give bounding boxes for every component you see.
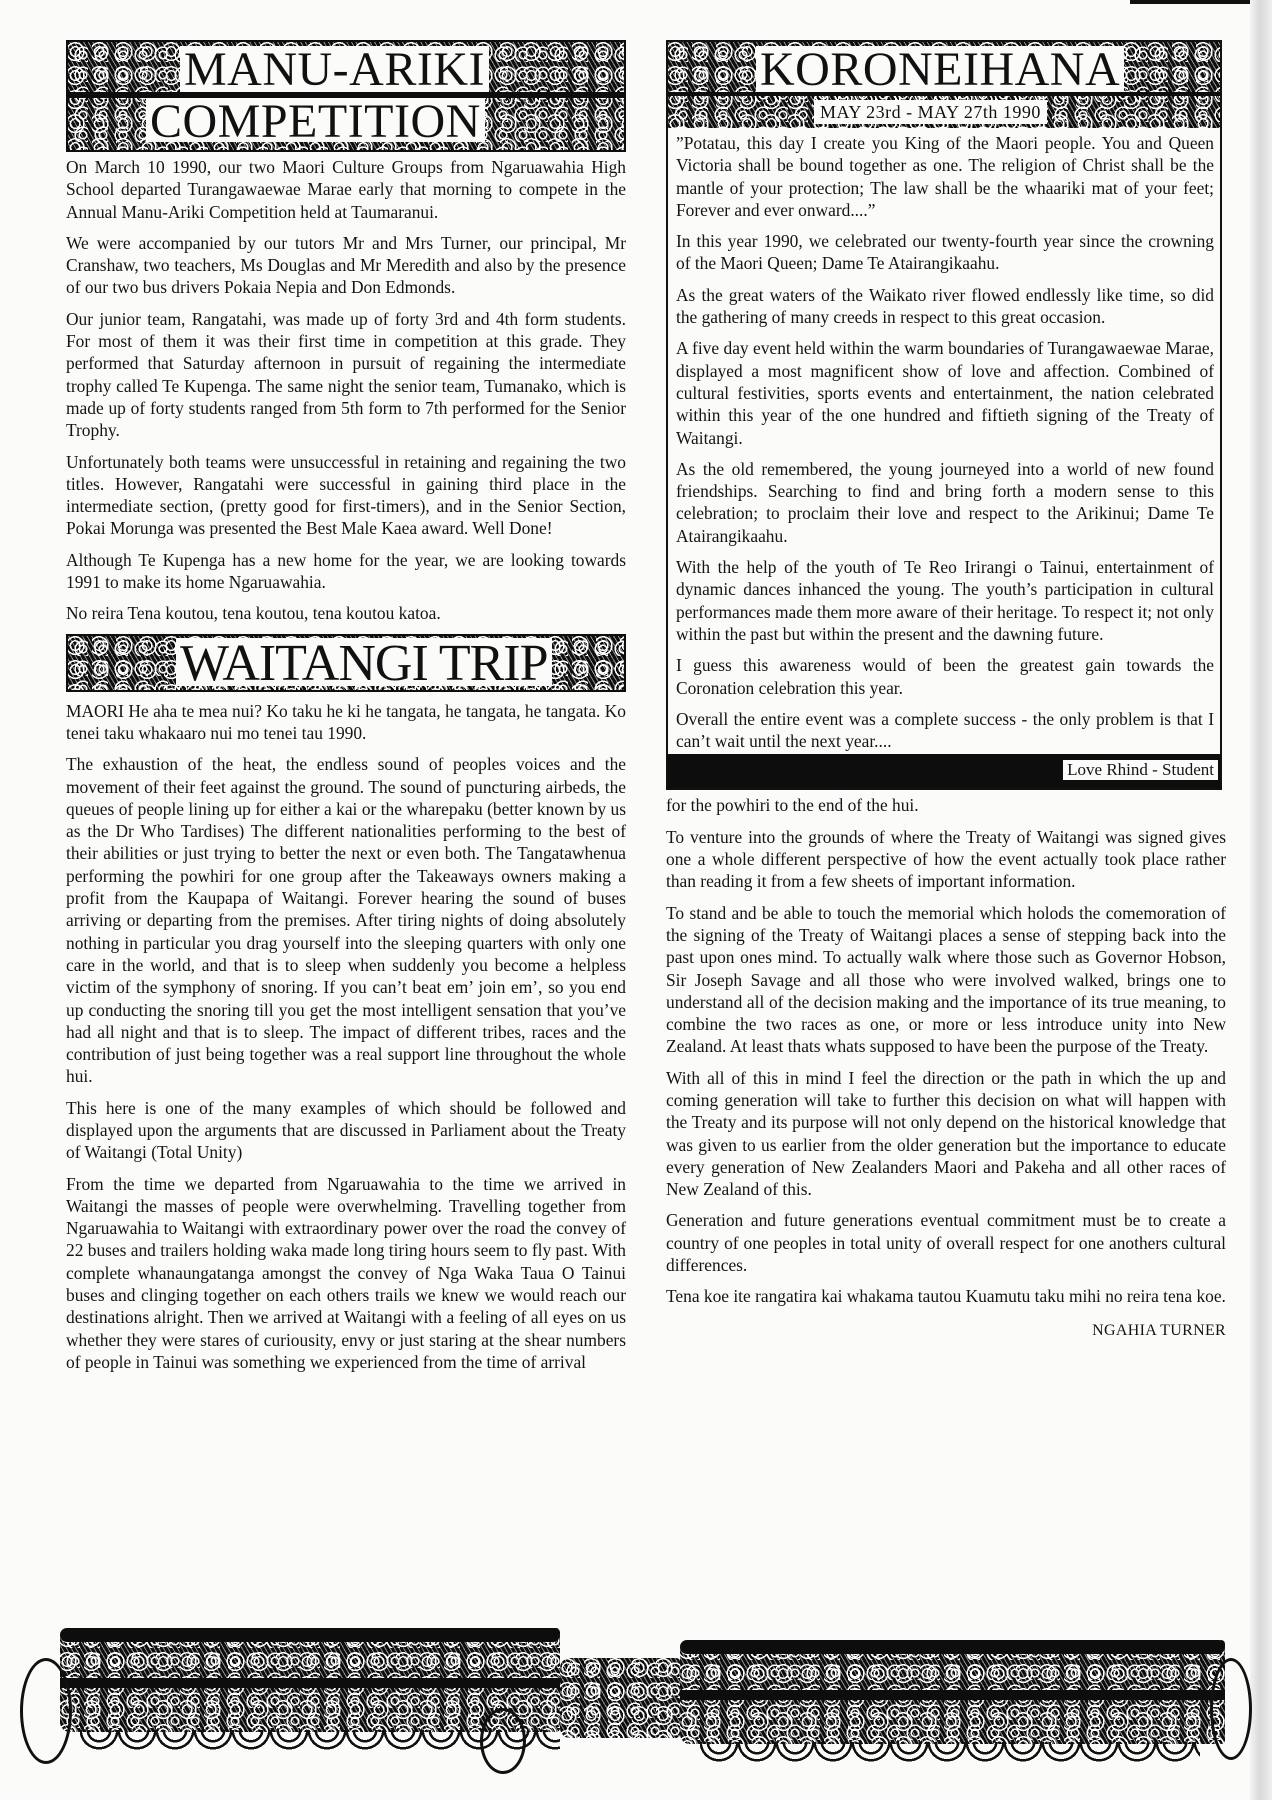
ornament-fringe xyxy=(700,1742,1200,1782)
paragraph: On March 10 1990, our two Maori Culture … xyxy=(66,156,626,223)
manu-ariki-title-line1: MANU-ARIKI xyxy=(180,46,489,92)
ornament-rail xyxy=(680,1640,1225,1654)
koroneihana-banner: KORONEIHANA MAY 23rd - MAY 27th 1990 xyxy=(668,42,1220,128)
paragraph: Generation and future generations eventu… xyxy=(666,1209,1226,1276)
ornament-curl-mid xyxy=(480,1708,526,1774)
paragraph: for the powhiri to the end of the hui. xyxy=(666,794,1226,816)
koroneihana-dates: MAY 23rd - MAY 27th 1990 xyxy=(814,100,1047,124)
paragraph: ”Potatau, this day I create you King of … xyxy=(676,132,1214,221)
paragraph: Our junior team, Rangatahi, was made up … xyxy=(66,308,626,442)
top-rule xyxy=(1130,0,1250,4)
waitangi-trip-title: WAITANGI TRIP xyxy=(176,638,552,686)
paragraph: As the old remembered, the young journey… xyxy=(676,458,1214,547)
paragraph: With all of this in mind I feel the dire… xyxy=(666,1067,1226,1201)
paragraph: I guess this awareness would of been the… xyxy=(676,654,1214,699)
ornament-rail xyxy=(60,1678,560,1688)
paragraph: This here is one of the many examples of… xyxy=(66,1097,626,1164)
paragraph: To stand and be able to touch the memori… xyxy=(666,902,1226,1058)
author-credit: Love Rhind - Student xyxy=(1063,760,1218,780)
koroneihana-footer-ornament: Love Rhind - Student xyxy=(668,754,1220,788)
bottom-ornament-border xyxy=(20,1618,1250,1778)
paragraph: MAORI He aha te mea nui? Ko taku he ki h… xyxy=(66,700,626,745)
ornament-rail xyxy=(60,1628,560,1642)
koroneihana-box: KORONEIHANA MAY 23rd - MAY 27th 1990 ”Po… xyxy=(666,40,1222,790)
ornament-curl-left xyxy=(20,1658,72,1764)
paragraph: From the time we departed from Ngaruawah… xyxy=(66,1173,626,1374)
ornament-band-center xyxy=(560,1658,680,1738)
paragraph: To venture into the grounds of where the… xyxy=(666,826,1226,893)
ornament-band-right xyxy=(680,1640,1225,1744)
page-edge-shadow xyxy=(1250,0,1272,1800)
ornament-rail xyxy=(680,1690,1225,1700)
paragraph: The exhaustion of the heat, the endless … xyxy=(66,753,626,1087)
waitangi-article: MAORI He aha te mea nui? Ko taku he ki h… xyxy=(66,700,626,1374)
manu-ariki-title-line2: COMPETITION xyxy=(146,98,485,142)
paragraph: We were accompanied by our tutors Mr and… xyxy=(66,232,626,299)
koroneihana-article: ”Potatau, this day I create you King of … xyxy=(668,128,1220,752)
manu-ariki-article: On March 10 1990, our two Maori Culture … xyxy=(66,156,626,625)
paragraph: Unfortunately both teams were unsuccessf… xyxy=(66,451,626,540)
paragraph: Although Te Kupenga has a new home for t… xyxy=(66,549,626,594)
paragraph: In this year 1990, we celebrated our twe… xyxy=(676,230,1214,275)
manu-ariki-banner: MANU-ARIKI COMPETITION xyxy=(66,40,626,152)
paragraph: As the great waters of the Waikato river… xyxy=(676,284,1214,329)
author-signature: NGAHIA TURNER xyxy=(666,1322,1226,1340)
left-column: MANU-ARIKI COMPETITION On March 10 1990,… xyxy=(66,40,626,1382)
ornament-band-left xyxy=(60,1628,560,1732)
paragraph: No reira Tena koutou, tena koutou, tena … xyxy=(66,602,626,624)
paragraph: A five day event held within the warm bo… xyxy=(676,337,1214,448)
waitangi-trip-banner: WAITANGI TRIP xyxy=(66,634,626,692)
ornament-curl-right xyxy=(1210,1658,1252,1760)
right-column: KORONEIHANA MAY 23rd - MAY 27th 1990 ”Po… xyxy=(666,40,1226,1340)
koroneihana-title: KORONEIHANA xyxy=(756,46,1124,92)
paragraph: With the help of the youth of Te Reo Iri… xyxy=(676,556,1214,645)
paragraph: Tena koe ite rangatira kai whakama tauto… xyxy=(666,1285,1226,1307)
paragraph: Overall the entire event was a complete … xyxy=(676,708,1214,753)
waitangi-article-continued: for the powhiri to the end of the hui. T… xyxy=(666,790,1226,1339)
